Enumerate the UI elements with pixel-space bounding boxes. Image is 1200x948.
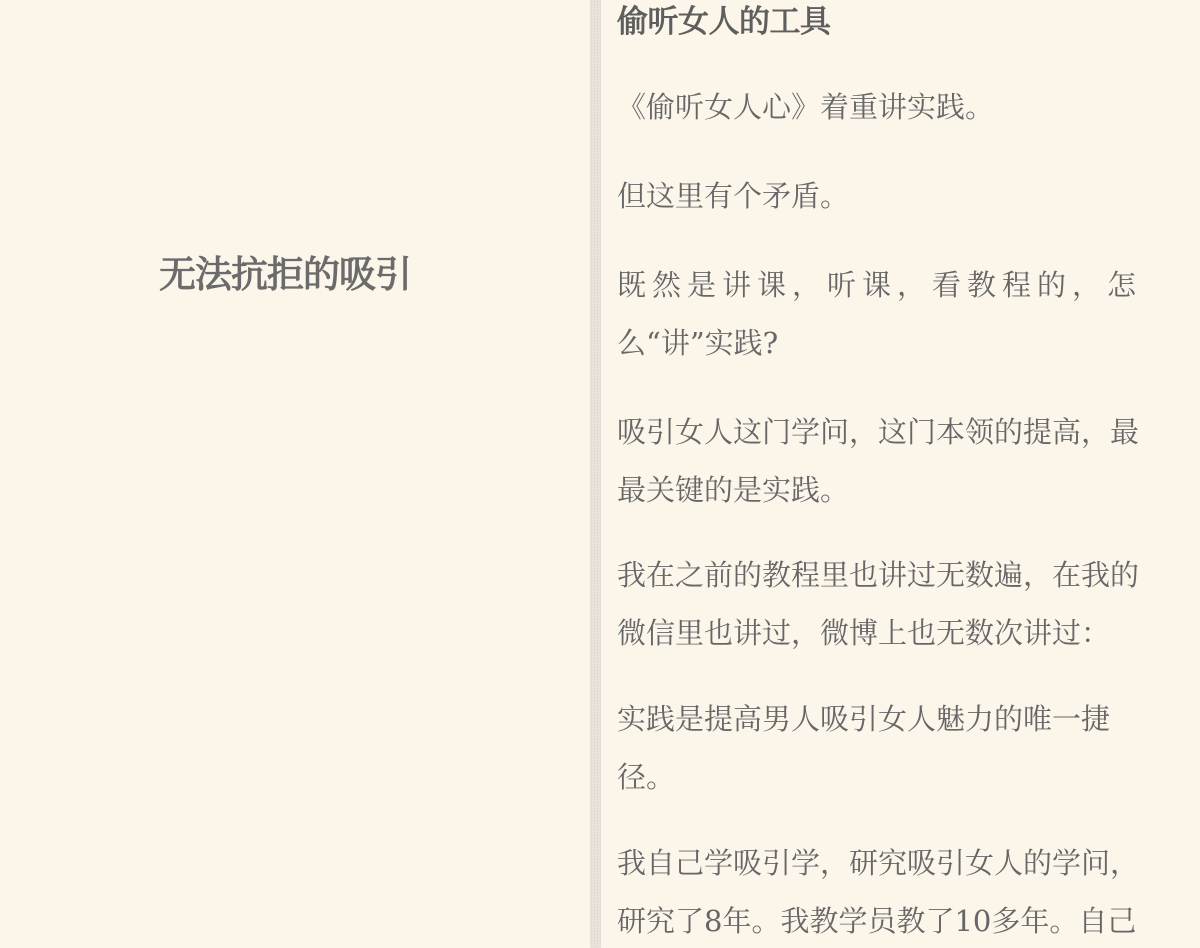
paragraph: 但这里有个矛盾。	[617, 167, 1197, 225]
paragraph: 吸引女人这门学问，这门本领的提高，最 最关键的是实践。	[617, 403, 1197, 519]
chapter-title: 无法抗拒的吸引	[159, 244, 411, 298]
paragraph-line: 我在之前的教程里也讲过无数遍，在我的	[617, 546, 1197, 604]
page-divider	[590, 0, 601, 948]
right-page: 偷听女人的工具 《偷听女人心》着重讲实践。 但这里有个矛盾。 既然是讲课，听课，…	[601, 0, 1200, 948]
paragraph: 实践是提高男人吸引女人魅力的唯一捷 径。	[617, 690, 1197, 806]
paragraph-line: 研究了8年。我教学员教了10多年。自己	[617, 892, 1197, 948]
paragraph: 《偷听女人心》着重讲实践。	[617, 78, 1197, 136]
paragraph-line: 最关键的是实践。	[617, 461, 1197, 519]
paragraph-line: 径。	[617, 748, 1197, 806]
paragraph: 既然是讲课，听课，看教程的，怎 么“讲”实践?	[617, 256, 1197, 372]
section-title: 偷听女人的工具	[617, 0, 831, 41]
page: 无法抗拒的吸引 偷听女人的工具 《偷听女人心》着重讲实践。 但这里有个矛盾。 既…	[0, 0, 1200, 948]
left-page: 无法抗拒的吸引	[0, 0, 590, 948]
paragraph-line: 吸引女人这门学问，这门本领的提高，最	[617, 403, 1197, 461]
paragraph-line: 么“讲”实践?	[617, 314, 1197, 372]
paragraph-line: 既然是讲课，听课，看教程的，怎	[617, 256, 1197, 314]
paragraph-line: 我自己学吸引学，研究吸引女人的学问，	[617, 834, 1197, 892]
paragraph: 我自己学吸引学，研究吸引女人的学问， 研究了8年。我教学员教了10多年。自己	[617, 834, 1197, 948]
paragraph-line: 《偷听女人心》着重讲实践。	[617, 78, 1197, 136]
paragraph-line: 实践是提高男人吸引女人魅力的唯一捷	[617, 690, 1197, 748]
paragraph-line: 微信里也讲过，微博上也无数次讲过：	[617, 604, 1197, 662]
paragraph-line: 但这里有个矛盾。	[617, 167, 1197, 225]
paragraph: 我在之前的教程里也讲过无数遍，在我的 微信里也讲过，微博上也无数次讲过：	[617, 546, 1197, 662]
